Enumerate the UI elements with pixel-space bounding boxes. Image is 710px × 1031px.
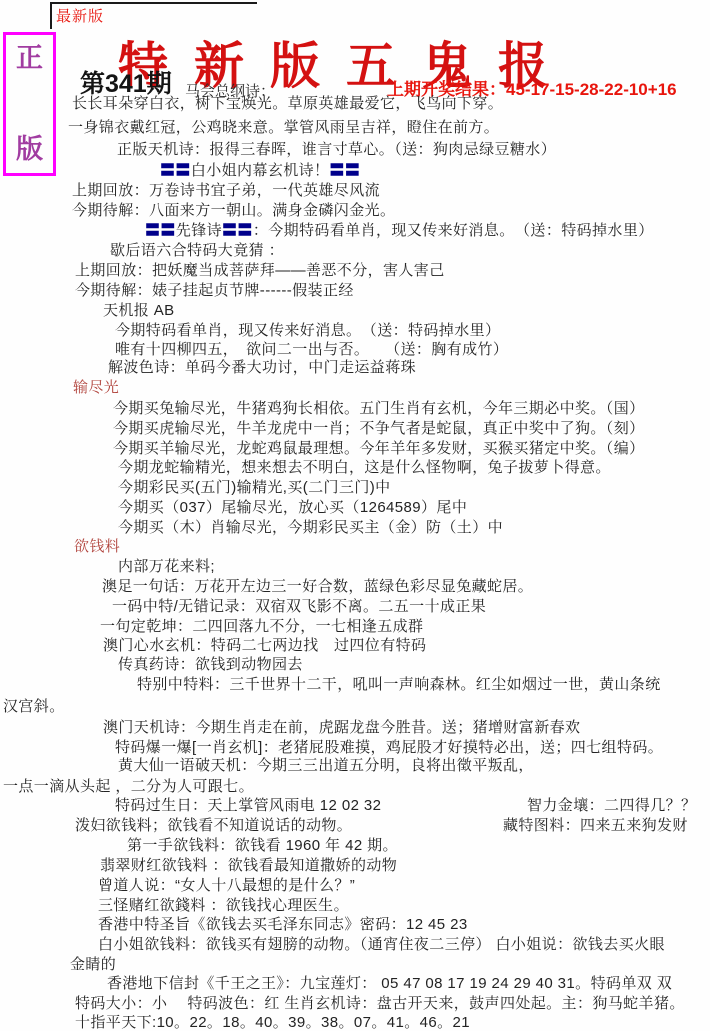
text-line: 唯有十四柳四五， 欲问二一出与否。 （送：胸有成竹） [115,341,508,358]
text-line: 长长耳朵穿白衣，树下宝焕光。草原英雄最爱它，飞鸟向下穿。 [72,95,503,112]
text-line: 香港地下信封《千王之王》：九宝莲灯： 05 47 08 17 19 24 29 … [107,975,672,992]
text-line: 今期买兔输尽光，牛猪鸡狗长相依。五门生肖有玄机，今年三期必中奖。（国） [113,400,645,417]
text-line: 今期龙蛇输精光，想来想去不明白，这是什么怪物啊，兔子拔萝卜得意。 [118,459,611,476]
text-line: 正版天机诗：报得三春晖，谁言寸草心。（送：狗肉忌绿豆糖水） [117,141,556,158]
text-line: 翡翠财红欲钱料 ：欲钱看最知道撒娇的动物 [100,857,397,874]
text-segment: 先锋诗 [176,222,222,239]
text-line: 今期待解：婊子挂起贞节牌------假装正经 [75,282,354,299]
seal-char-bottom: 版 [16,136,43,163]
text-line: 一句定乾坤：二四回落九不分，一七相逢五成群 [100,618,423,635]
text-line: 上期回放：万卷诗书宜子弟，一代英雄尽风流 [72,182,380,199]
text-line: 三怪赌红欲錢料 ：欲钱找心理医生。 [98,897,349,914]
right-column-text: 藏特图料：四来五来狗发财 [503,817,688,834]
left-border-line [50,2,52,29]
text-segment: ：今期特码看单肖，现又传来好消息。 （送：特码掉水里） [253,222,654,239]
text-line: 香港中特圣旨《欲钱去买毛泽东同志》密码：12 45 23 [98,916,468,933]
text-line: 今期买虎输尽光，牛羊龙虎中一肖；不争气者是蛇鼠，真正中奖中了狗。（刻） [113,420,645,437]
text-line: 金睛的 [70,956,116,973]
text-line: 今期买（木）肖输尽光，今期彩民买主（金）防（土）中 [118,519,503,536]
text-line: 黄大仙一语破天机：今期三三出道五分明，良将出徵平叛乱， [118,757,534,774]
text-line: 特码过生日：天上掌管风雨电 12 02 32智力金壤：二四得几？？ [115,797,381,814]
text-line: 欲钱料 [74,538,120,555]
text-line: 一身锦衣戴红冠，公鸡晓来意。掌管风雨呈吉祥，瞪住在前方。 [68,119,499,136]
text-line: 曾道人说：“女人十八最想的是什么？” [98,877,355,894]
text-line: 今期彩民买(五门)输精光,买(二门三门)中 [118,479,391,496]
text-line: 白小姐欲钱料：欲钱买有翅膀的动物。（通宵住夜二三停） 白小姐说：欲钱去买火眼 [98,936,665,953]
last-draw-result-value: 45-17-15-28-22-10+16 [506,80,677,99]
right-column-text: 智力金壤：二四得几？？ [527,797,696,814]
top-border-line [50,2,257,4]
text-line: 澳足一句话：万花开左边三一好合数，蓝绿色彩尽显兔藏蛇居。 [102,578,533,595]
double-bar-glyph: 〓〓 [222,222,253,239]
text-line: 一码中特/无错记录：双宿双飞影不离。二五一十成正果 [112,598,486,615]
text-line: 一点一滴从头起 ，二分为人可跟七。 [3,778,254,795]
text-line: 解波色诗：单码今番大功讨，中门走运益蒋珠 [108,359,416,376]
text-line: 汉宫斜。 [3,698,65,715]
text-line: 〓〓白小姐内幕玄机诗！〓〓 [160,162,360,179]
text-line: 天机报 AB [103,302,175,319]
latest-edition-label: 最新版 [56,5,104,26]
text-line: 上期回放：把妖魔当成菩萨拜——善恶不分，害人害己 [75,262,445,279]
text-line: 今期特码看单肖，现又传来好消息。 （送：特码掉水里） [115,322,500,339]
text-line: 特码大小：小 特码波色：红 生肖玄机诗：盘古开天来，鼓声四处起。主：狗马蛇羊猪。 [75,995,685,1012]
text-line: 内部万花来料; [118,558,215,575]
text-line: 澳门天机诗：今期生肖走在前，虎踞龙盘今胜昔。送；猪增财富新春欢 [103,719,580,736]
text-line: 〓〓先锋诗〓〓：今期特码看单肖，现又传来好消息。 （送：特码掉水里） [145,222,654,239]
text-line: 今期待解：八面来方一朝山。满身金磷闪金光。 [72,202,395,219]
report-page: 最新版 正 版 特新版五鬼报 第341期 马会总纲诗： 上期开奖结果：45-17… [0,0,710,1031]
genuine-seal-box: 正 版 [3,32,56,176]
seal-char-top: 正 [16,45,43,72]
text-line: 传真药诗：欲钱到动物园去 [118,656,303,673]
text-line: 十指平天下:10。22。18。40。39。38。07。41。46。21 [75,1014,470,1031]
text-line: 第一手欲钱料：欲钱看 1960 年 42 期。 [127,837,398,854]
text-line: 特码爆一爆[一肖玄机]：老猪屁股难摸，鸡屁股才好摸特必出，送；四七组特码。 [115,739,663,756]
text-segment: 白小姐内幕玄机诗！ [191,162,330,179]
text-line: 泼妇欲钱料；欲钱看不知道说话的动物。藏特图料：四来五来狗发财 [75,817,352,834]
text-line: 今期买（037）尾输尽光，放心买（1264589）尾中 [118,499,467,516]
text-line: 澳门心水玄机：特码二七两边找 过四位有特码 [103,637,426,654]
text-line: 今期买羊输尽光，龙蛇鸡鼠最理想。今年羊年多发财，买猴买猪定中奖。（编） [113,440,645,457]
double-bar-glyph: 〓〓 [329,162,360,179]
double-bar-glyph: 〓〓 [160,162,191,179]
text-line: 输尽光 [73,379,119,396]
text-line: 特别中特料：三千世界十二干，吼叫一声响森林。红尘如烟过一世，黄山条统 [137,676,661,693]
text-line: 歇后语六合特码大竟猜 ： [110,242,284,259]
double-bar-glyph: 〓〓 [145,222,176,239]
